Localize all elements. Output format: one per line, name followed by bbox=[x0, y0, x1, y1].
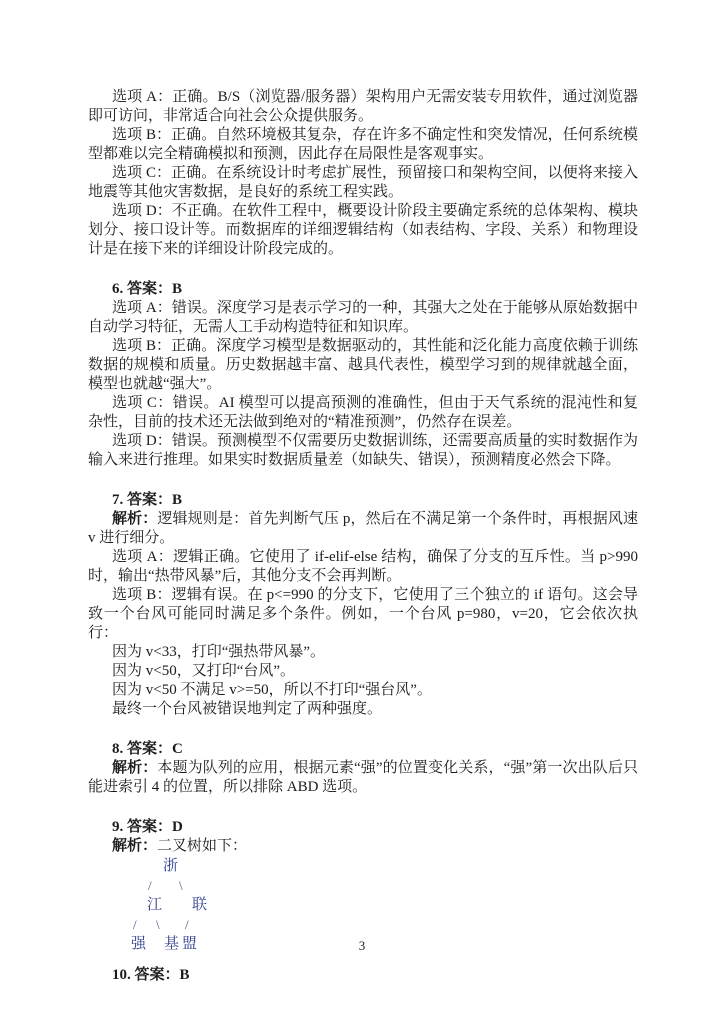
answer-heading-q10: 10. 答案：B bbox=[88, 966, 638, 985]
paragraph-option-a-q5: 选项 A：正确。B/S（浏览器/服务器）架构用户无需安装专用软件，通过浏览器即可… bbox=[88, 88, 638, 126]
paragraph-analysis-q9: 解析：二叉树如下： bbox=[88, 837, 638, 856]
paragraph-option-b-q5: 选项 B：正确。自然环境极其复杂，存在许多不确定性和突发情况，任何系统模型都难以… bbox=[88, 126, 638, 164]
paragraph-option-d-q6: 选项 D：错误。预测模型不仅需要历史数据训练，还需要高质量的实时数据作为输入来进… bbox=[88, 432, 638, 470]
document-page: 选项 A：正确。B/S（浏览器/服务器）架构用户无需安装专用软件，通过浏览器即可… bbox=[0, 0, 724, 1024]
paragraph-case-2-q7: 因为 v<50，又打印“台风”。 bbox=[88, 662, 638, 681]
paragraph-option-a-q6: 选项 A：错误。深度学习是表示学习的一种，其强大之处在于能够从原始数据中自动学习… bbox=[88, 299, 638, 337]
analysis-text: 二叉树如下： bbox=[157, 838, 247, 854]
paragraph-option-b-q6: 选项 B：正确。深度学习模型是数据驱动的，其性能和泛化能力高度依赖于训练数据的规… bbox=[88, 337, 638, 394]
analysis-text: 逻辑规则是：首先判断气压 p，然后在不满足第一个条件时，再根据风速 v 进行细分… bbox=[88, 511, 638, 546]
paragraph-analysis-q7: 解析：逻辑规则是：首先判断气压 p，然后在不满足第一个条件时，再根据风速 v 进… bbox=[88, 510, 638, 548]
tree-edge-left-right: \ bbox=[156, 915, 160, 934]
tree-edge-left: / bbox=[148, 876, 152, 895]
paragraph-case-3-q7: 因为 v<50 不满足 v>=50，所以不打印“强台风”。 bbox=[88, 681, 638, 700]
paragraph-option-d-q5: 选项 D：不正确。在软件工程中，概要设计阶段主要确定系统的总体架构、模块划分、接… bbox=[88, 202, 638, 259]
answer-heading-q7: 7. 答案：B bbox=[88, 491, 638, 510]
paragraph-case-1-q7: 因为 v<33，打印“强热带风暴”。 bbox=[88, 643, 638, 662]
analysis-label: 解析： bbox=[112, 838, 157, 854]
analysis-text: 本题为队列的应用，根据元素“强”的位置变化关系，“强”第一次出队后只能进索引 4… bbox=[88, 760, 638, 795]
tree-node-right: 联 bbox=[192, 896, 207, 915]
paragraph-option-c-q6: 选项 C：错误。AI 模型可以提高预测的准确性，但由于天气系统的混沌性和复杂性，… bbox=[88, 394, 638, 432]
answer-heading-q6: 6. 答案：B bbox=[88, 280, 638, 299]
analysis-label: 解析： bbox=[112, 511, 157, 527]
document-body: 选项 A：正确。B/S（浏览器/服务器）架构用户无需安装专用软件，通过浏览器即可… bbox=[88, 88, 638, 985]
page-number: 3 bbox=[0, 938, 724, 954]
answer-heading-q8: 8. 答案：C bbox=[88, 740, 638, 759]
tree-node-root: 浙 bbox=[163, 857, 178, 876]
paragraph-option-c-q5: 选项 C：正确。在系统设计时考虑扩展性，预留接口和架构空间，以便将来接入地震等其… bbox=[88, 164, 638, 202]
paragraph-conclusion-q7: 最终一个台风被错误地判定了两种强度。 bbox=[88, 700, 638, 719]
paragraph-option-a-q7: 选项 A：逻辑正确。它使用了 if-elif-else 结构，确保了分支的互斥性… bbox=[88, 548, 638, 586]
paragraph-analysis-q8: 解析：本题为队列的应用，根据元素“强”的位置变化关系，“强”第一次出队后只能进索… bbox=[88, 759, 638, 797]
tree-node-left: 江 bbox=[147, 896, 162, 915]
tree-edge-left-left: / bbox=[133, 915, 137, 934]
tree-edge-right-left: / bbox=[185, 915, 189, 934]
answer-heading-q9: 9. 答案：D bbox=[88, 818, 638, 837]
paragraph-option-b-q7: 选项 B：逻辑有误。在 p<=990 的分支下，它使用了三个独立的 if 语句。… bbox=[88, 586, 638, 643]
analysis-label: 解析： bbox=[112, 760, 157, 776]
tree-edge-right: \ bbox=[179, 876, 183, 895]
